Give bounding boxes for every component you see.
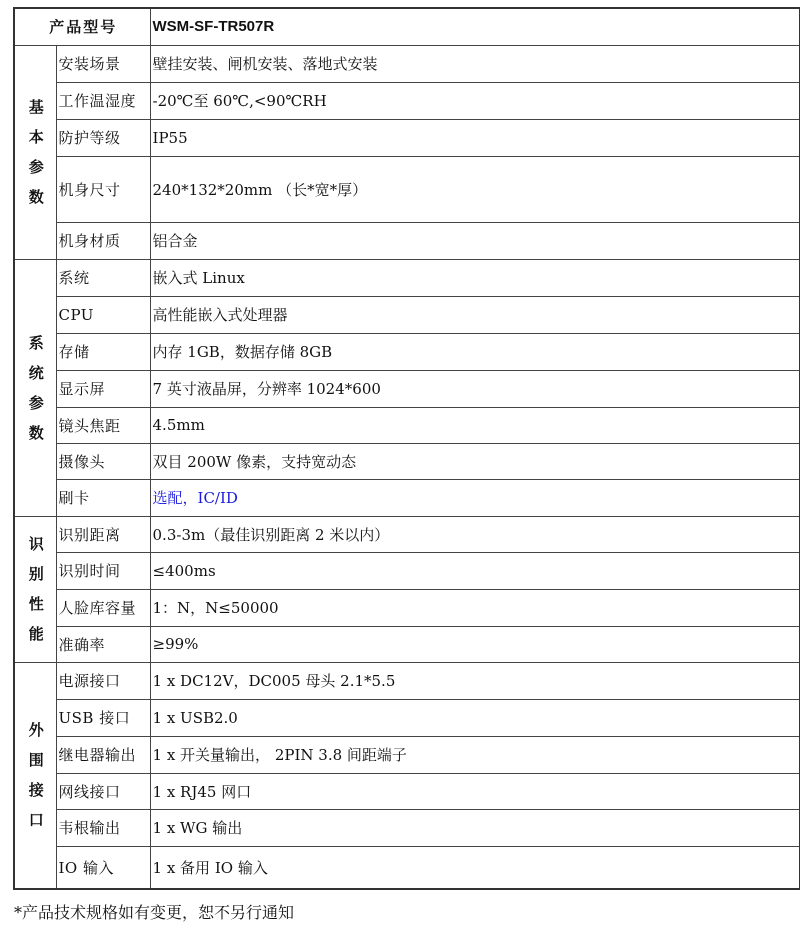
spec-table: 产品型号 WSM-SF-TR507R 基本参数安装场景壁挂安装、闸机安装、落地式…: [13, 7, 800, 890]
spec-value: 1 x DC12V，DC005 母头 2.1*5.5: [150, 662, 800, 699]
spec-label: 机身材质: [56, 222, 150, 259]
spec-value: ≥99%: [150, 626, 800, 662]
spec-row: 继电器输出1 x 开关量输出， 2PIN 3.8 间距端子: [14, 736, 800, 773]
spec-label: CPU: [56, 296, 150, 333]
spec-value: 1 x USB2.0: [150, 699, 800, 736]
spec-label: 安装场景: [56, 45, 150, 82]
group-title-char: 数: [17, 182, 56, 212]
spec-row: 存储内存 1GB，数据存储 8GB: [14, 333, 800, 370]
group-title-char: 识: [17, 529, 56, 559]
spec-label: 继电器输出: [56, 736, 150, 773]
spec-label: 系统: [56, 259, 150, 296]
spec-label: USB 接口: [56, 699, 150, 736]
spec-row: 识别性能识别距离0.3-3m（最佳识别距离 2 米以内）: [14, 516, 800, 552]
group-title-char: 参: [17, 388, 56, 418]
spec-row: 工作温湿度-20℃至 60℃,<90℃RH: [14, 82, 800, 119]
spec-row: IO 输入1 x 备用 IO 输入: [14, 846, 800, 889]
spec-value: 铝合金: [150, 222, 800, 259]
group-title-char: 统: [17, 358, 56, 388]
spec-row: CPU高性能嵌入式处理器: [14, 296, 800, 333]
spec-row: USB 接口1 x USB2.0: [14, 699, 800, 736]
spec-label: 显示屏: [56, 370, 150, 407]
spec-label: 存储: [56, 333, 150, 370]
group-title: 外围接口: [14, 662, 56, 889]
spec-label: 电源接口: [56, 662, 150, 699]
spec-label: 摄像头: [56, 443, 150, 479]
group-title-char: 基: [17, 92, 56, 122]
spec-row: 韦根输出1 x WG 输出: [14, 809, 800, 846]
spec-row: 准确率≥99%: [14, 626, 800, 662]
spec-row: 网线接口1 x RJ45 网口: [14, 773, 800, 809]
group-title: 基本参数: [14, 45, 56, 259]
spec-value: 嵌入式 Linux: [150, 259, 800, 296]
spec-label: IO 输入: [56, 846, 150, 889]
group-title-char: 本: [17, 122, 56, 152]
group-title-char: 参: [17, 152, 56, 182]
group-title-char: 接: [17, 775, 56, 805]
group-title: 系统参数: [14, 259, 56, 516]
group-title-char: 数: [17, 418, 56, 448]
spec-value: 0.3-3m（最佳识别距离 2 米以内）: [150, 516, 800, 552]
spec-value: 240*132*20mm （长*宽*厚）: [150, 156, 800, 222]
spec-row: 摄像头双目 200W 像素，支持宽动态: [14, 443, 800, 479]
spec-row: 基本参数安装场景壁挂安装、闸机安装、落地式安装: [14, 45, 800, 82]
group-title-char: 外: [17, 715, 56, 745]
group-title-char: 性: [17, 589, 56, 619]
spec-row: 外围接口电源接口1 x DC12V，DC005 母头 2.1*5.5: [14, 662, 800, 699]
spec-value: IP55: [150, 119, 800, 156]
spec-value: 1 x RJ45 网口: [150, 773, 800, 809]
spec-value: 双目 200W 像素，支持宽动态: [150, 443, 800, 479]
spec-label: 人脸库容量: [56, 589, 150, 626]
spec-value: 1 x WG 输出: [150, 809, 800, 846]
group-title-char: 系: [17, 328, 56, 358]
group-title-char: 别: [17, 559, 56, 589]
model-label: 产品型号: [14, 8, 150, 45]
spec-label: 镜头焦距: [56, 407, 150, 443]
group-title-char: 能: [17, 619, 56, 649]
model-value: WSM-SF-TR507R: [150, 8, 800, 45]
spec-row: 显示屏7 英寸液晶屏，分辨率 1024*600: [14, 370, 800, 407]
spec-value: 1 x 开关量输出， 2PIN 3.8 间距端子: [150, 736, 800, 773]
footnote: *产品技术规格如有变更，恕不另行通知: [14, 900, 294, 923]
spec-value: 7 英寸液晶屏，分辨率 1024*600: [150, 370, 800, 407]
spec-row: 防护等级IP55: [14, 119, 800, 156]
spec-label: 识别时间: [56, 552, 150, 589]
spec-row: 识别时间≤400ms: [14, 552, 800, 589]
spec-label: 网线接口: [56, 773, 150, 809]
spec-label: 工作温湿度: [56, 82, 150, 119]
group-title: 识别性能: [14, 516, 56, 662]
spec-label: 韦根输出: [56, 809, 150, 846]
header-row: 产品型号 WSM-SF-TR507R: [14, 8, 800, 45]
spec-label: 准确率: [56, 626, 150, 662]
spec-value: 4.5mm: [150, 407, 800, 443]
spec-value: 选配，IC/ID: [150, 479, 800, 516]
spec-row: 镜头焦距4.5mm: [14, 407, 800, 443]
spec-row: 机身材质铝合金: [14, 222, 800, 259]
spec-value: ≤400ms: [150, 552, 800, 589]
spec-value: 壁挂安装、闸机安装、落地式安装: [150, 45, 800, 82]
spec-label: 识别距离: [56, 516, 150, 552]
spec-label: 刷卡: [56, 479, 150, 516]
spec-value: -20℃至 60℃,<90℃RH: [150, 82, 800, 119]
group-title-char: 围: [17, 745, 56, 775]
spec-row: 人脸库容量1：N，N≤50000: [14, 589, 800, 626]
spec-label: 防护等级: [56, 119, 150, 156]
spec-row: 系统参数系统嵌入式 Linux: [14, 259, 800, 296]
spec-value: 内存 1GB，数据存储 8GB: [150, 333, 800, 370]
spec-label: 机身尺寸: [56, 156, 150, 222]
spec-row: 刷卡选配，IC/ID: [14, 479, 800, 516]
spec-row: 机身尺寸240*132*20mm （长*宽*厚）: [14, 156, 800, 222]
spec-value: 1：N，N≤50000: [150, 589, 800, 626]
group-title-char: 口: [17, 805, 56, 835]
spec-value: 高性能嵌入式处理器: [150, 296, 800, 333]
spec-value: 1 x 备用 IO 输入: [150, 846, 800, 889]
